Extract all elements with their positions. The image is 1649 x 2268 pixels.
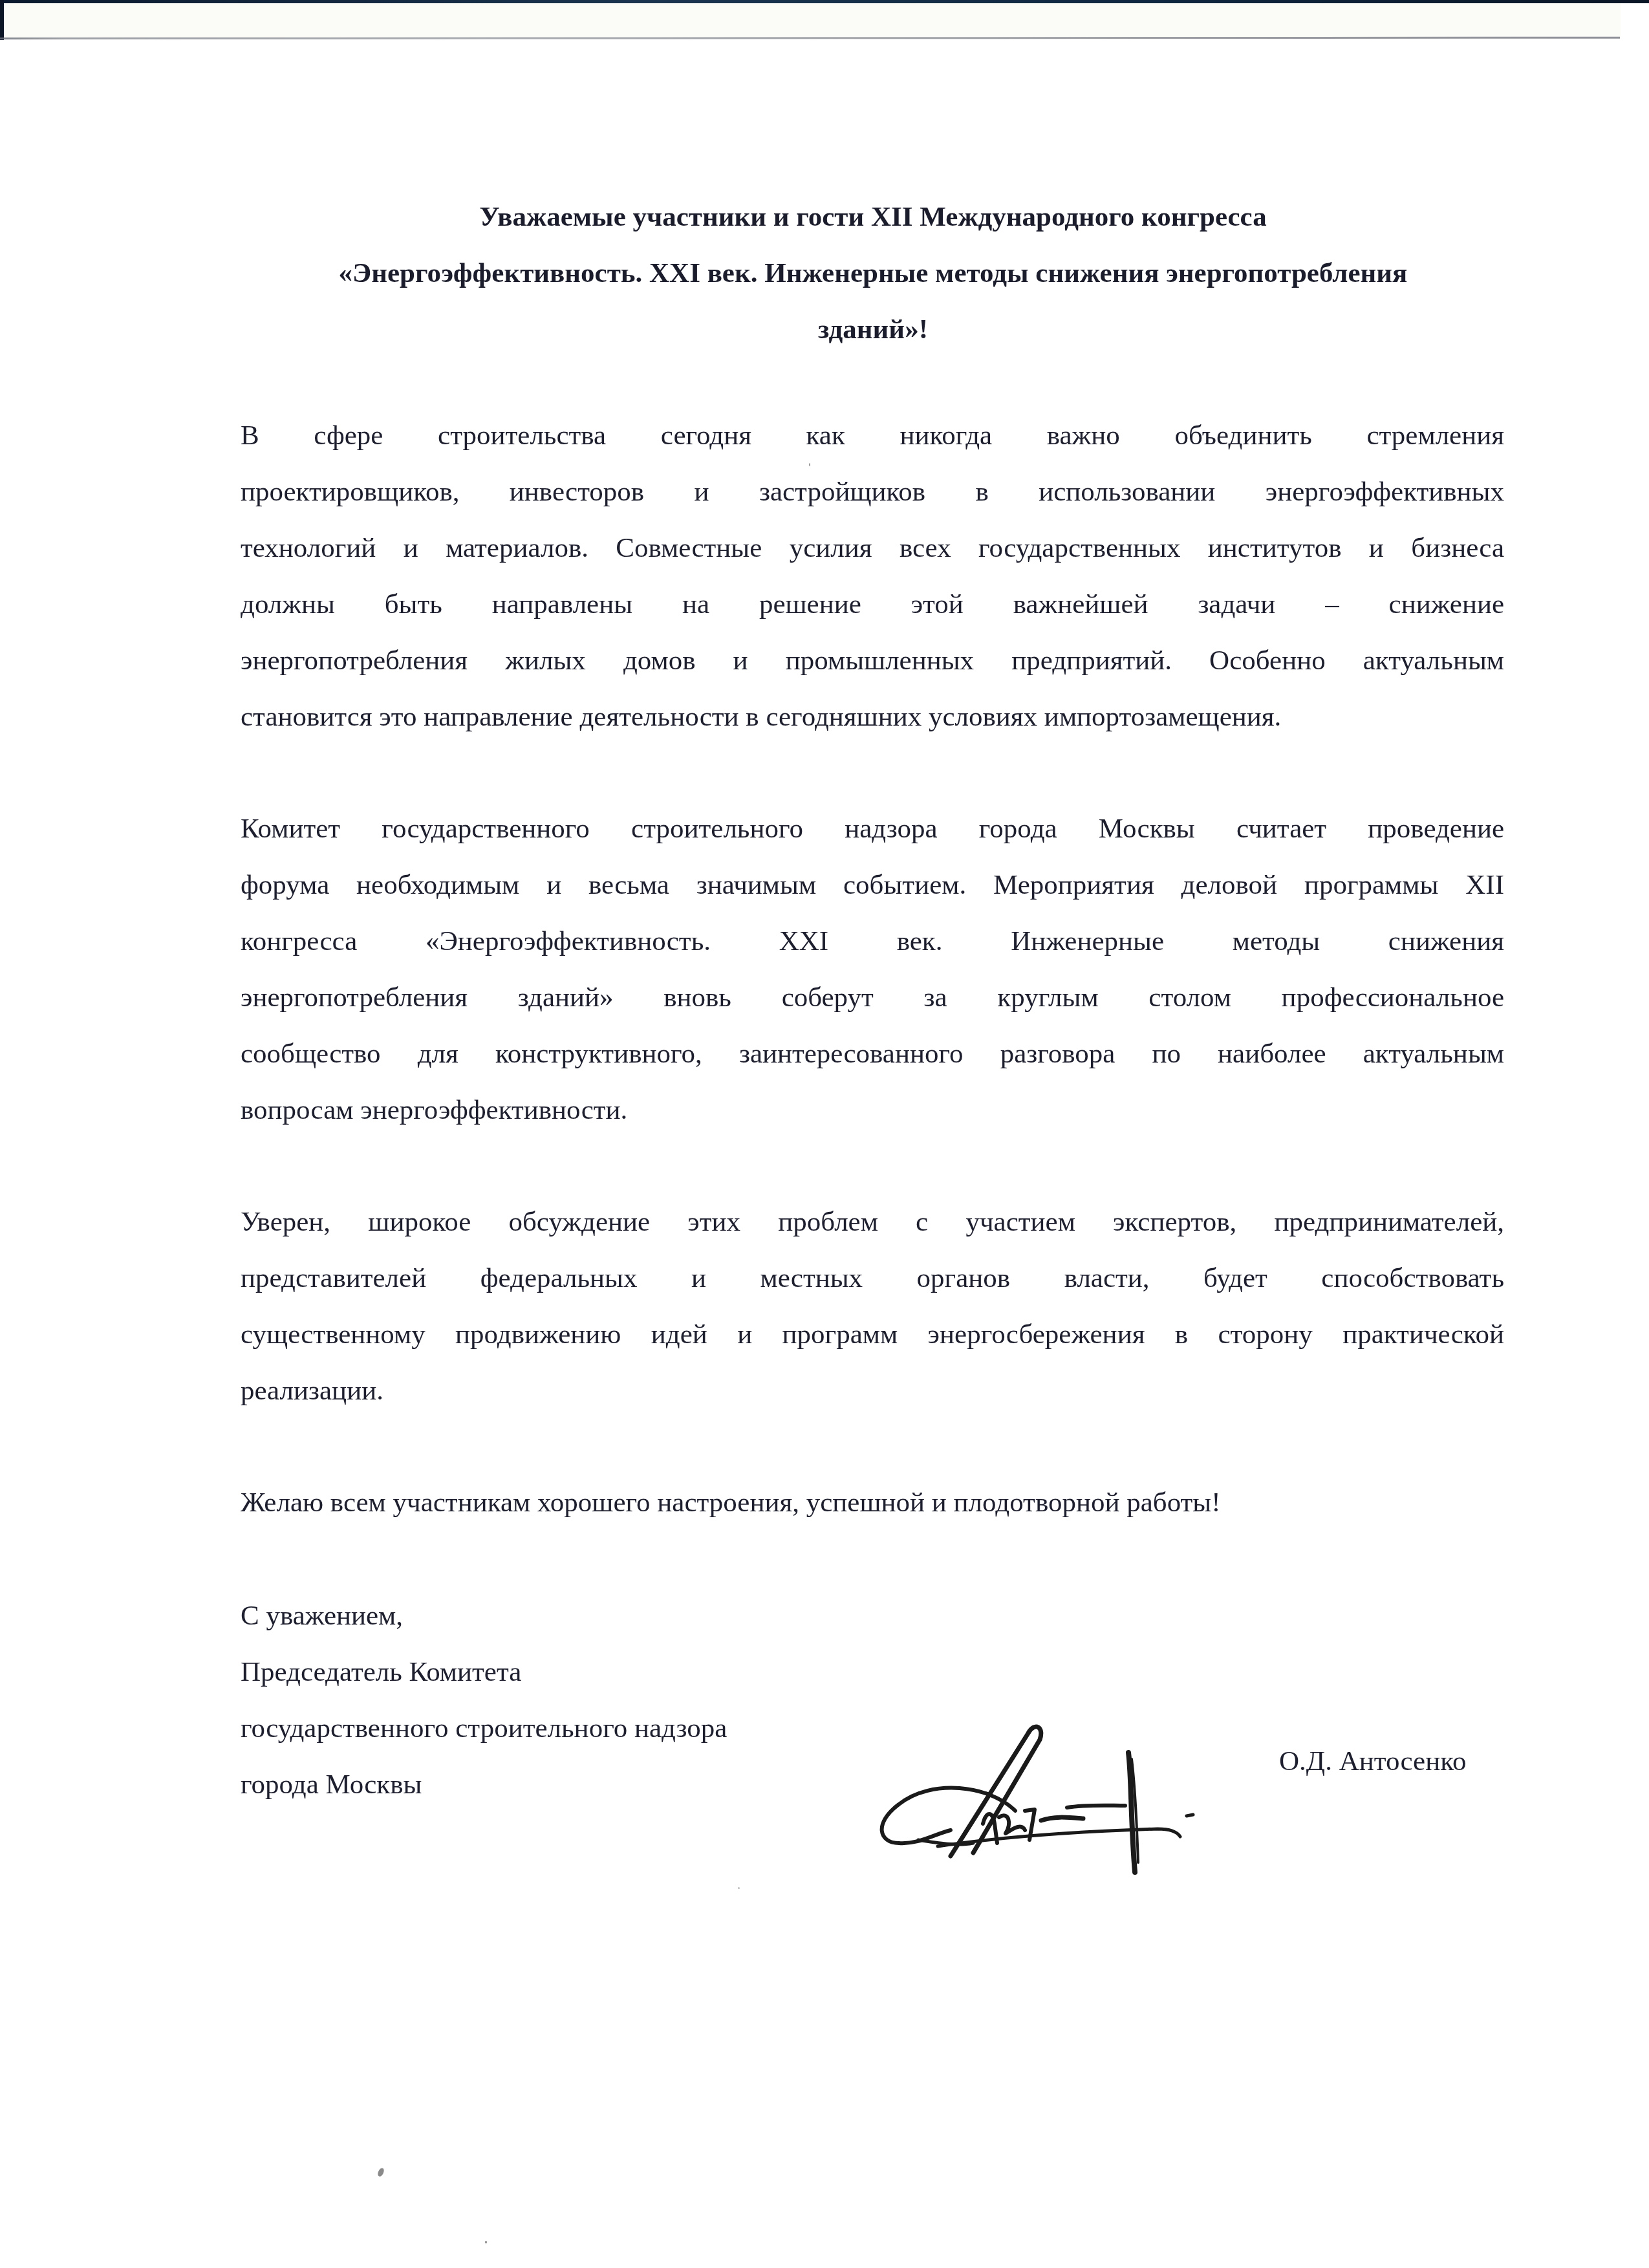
paragraph-2: Комитет государственного строительного н…: [241, 801, 1504, 1138]
paragraph-line: форума необходимым и весьма значимым соб…: [241, 857, 1504, 913]
letter-title: Уважаемые участники и гости XII Междунар…: [194, 189, 1552, 358]
signer-name: О.Д. Антосенко: [1279, 1742, 1466, 1781]
paragraph-line: вопросам энергоэффективности.: [241, 1082, 1504, 1138]
paragraph-4: Желаю всем участникам хорошего настроени…: [241, 1474, 1504, 1531]
paragraph-line: энергопотребления жилых домов и промышле…: [241, 632, 1504, 689]
paragraph-line: технологий и материалов. Совместные усил…: [241, 520, 1504, 576]
paragraph-line: сообщество для конструктивного, заинтере…: [241, 1026, 1504, 1082]
paragraph-3: Уверен, широкое обсуждение этих проблем …: [241, 1194, 1504, 1419]
scan-speck: [738, 1887, 740, 1889]
paragraph-line: существенному продвижению идей и програм…: [241, 1306, 1504, 1363]
title-line: Уважаемые участники и гости XII Междунар…: [194, 189, 1552, 245]
title-line: зданий»!: [194, 301, 1552, 358]
title-line: «Энергоэффективность. XXI век. Инженерны…: [194, 245, 1552, 301]
paragraph-line: должны быть направлены на решение этой в…: [241, 576, 1504, 632]
scan-speck: [485, 2241, 487, 2243]
scan-speck: [809, 463, 810, 466]
handwritten-signature: [860, 1714, 1274, 1882]
letter-page: Уважаемые участники и гости XII Междунар…: [0, 0, 1649, 2268]
paragraph-line: становится это направление деятельности …: [241, 689, 1504, 745]
paragraph-line: представителей федеральных и местных орг…: [241, 1250, 1504, 1306]
paragraph-line: реализации.: [241, 1363, 1504, 1419]
scan-speck: [376, 2167, 385, 2177]
paragraph-1: В сфере строительства сегодня как никогд…: [241, 407, 1504, 745]
paragraph-line: В сфере строительства сегодня как никогд…: [241, 407, 1504, 464]
paragraph-line: Уверен, широкое обсуждение этих проблем …: [241, 1194, 1504, 1250]
paragraph-line: проектировщиков, инвесторов и застройщик…: [241, 464, 1504, 520]
paragraph-line: конгресса «Энергоэффективность. XXI век.…: [241, 913, 1504, 969]
paragraph-line: энергопотребления зданий» вновь соберут …: [241, 969, 1504, 1026]
paragraph-line: Желаю всем участникам хорошего настроени…: [241, 1474, 1504, 1531]
signer-position-line: Председатель Комитета: [241, 1644, 727, 1700]
closing-phrase: С уважением,: [241, 1588, 727, 1644]
paragraph-line: Комитет государственного строительного н…: [241, 801, 1504, 857]
signer-position-line: государственного строительного надзора: [241, 1700, 727, 1756]
signer-position-line: города Москвы: [241, 1756, 727, 1813]
signoff-block: С уважением, Председатель Комитета госуд…: [241, 1588, 727, 1813]
